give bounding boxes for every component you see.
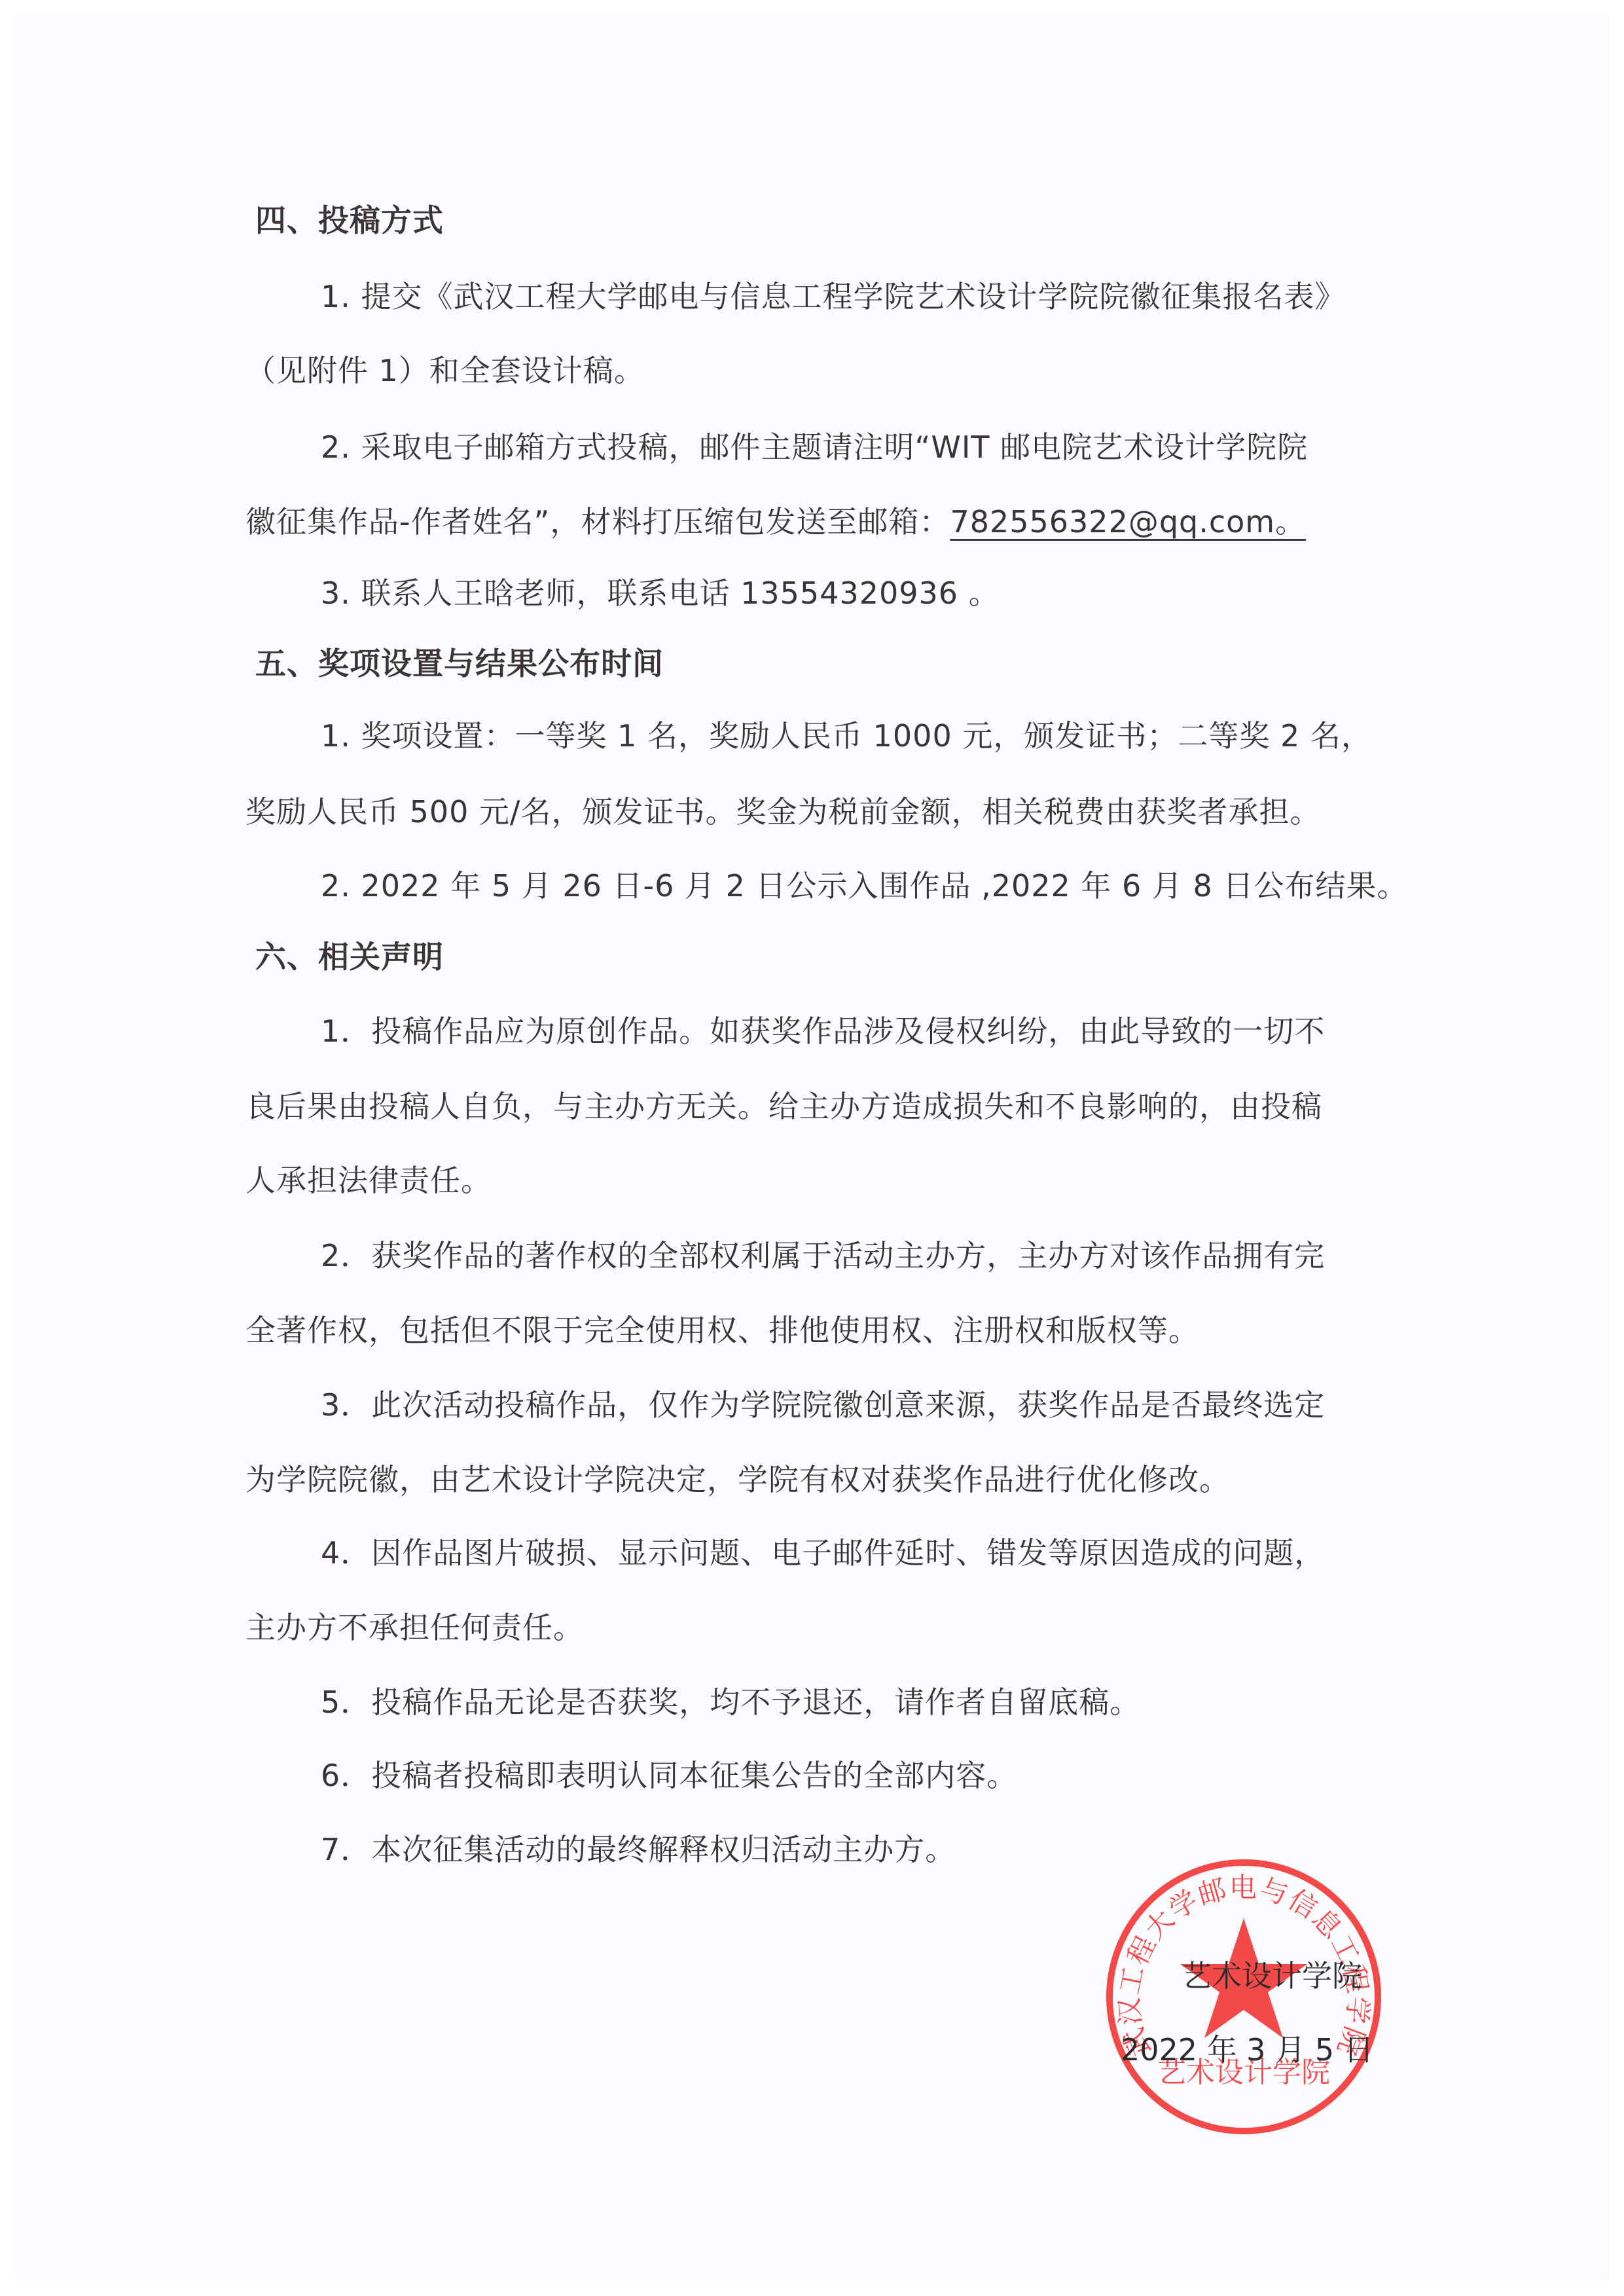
- signature-date: 2022 年 3 月 5 日: [1121, 2030, 1374, 2069]
- paragraph-line: 2．获奖作品的著作权的全部权利属于活动主办方，主办方对该作品拥有完: [321, 1236, 1460, 1275]
- paragraph-line: 人承担法律责任。: [245, 1161, 1384, 1200]
- paragraph-line: 1．投稿作品应为原创作品。如获奖作品涉及侵权纠纷，由此导致的一切不: [321, 1011, 1460, 1051]
- paragraph-line: 主办方不承担任何责任。: [245, 1608, 1384, 1647]
- official-seal-stamp: 武汉工程大学邮电与信息工程学院 艺术设计学院: [1103, 1856, 1384, 2138]
- paragraph-line: 2. 2022 年 5 月 26 日-6 月 2 日公示入围作品 ,2022 年…: [321, 866, 1460, 905]
- paragraph-line: 3．此次活动投稿作品，仅作为学院院徽创意来源，获奖作品是否最终选定: [321, 1385, 1460, 1425]
- email-link[interactable]: 782556322@qq.com。: [950, 504, 1306, 539]
- signature-organization: 艺术设计学院: [1182, 1956, 1362, 1995]
- paragraph-line: 3. 联系人王晗老师，联系电话 13554320936 。: [321, 574, 1460, 613]
- paragraph-line: 奖励人民币 500 元/名，颁发证书。奖金为税前金额，相关税费由获奖者承担。: [245, 792, 1384, 831]
- paragraph-line: 6．投稿者投稿即表明认同本征集公告的全部内容。: [321, 1756, 1460, 1795]
- paragraph-line: （见附件 1）和全套设计稿。: [245, 351, 1384, 390]
- section-heading-awards: 五、奖项设置与结果公布时间: [255, 645, 1394, 684]
- paragraph-line: 良后果由投稿人自负，与主办方无关。给主办方造成损失和不良影响的，由投稿: [245, 1087, 1384, 1126]
- paragraph-line: 2. 采取电子邮箱方式投稿，邮件主题请注明“WIT 邮电院艺术设计学院院: [321, 428, 1460, 467]
- paragraph-line: 为学院院徽，由艺术设计学院决定，学院有权对获奖作品进行优化修改。: [245, 1460, 1384, 1499]
- paragraph-line: 1. 奖项设置：一等奖 1 名，奖励人民币 1000 元，颁发证书；二等奖 2 …: [321, 716, 1460, 756]
- section-heading-submission: 四、投稿方式: [255, 202, 1394, 241]
- paragraph-line: 4．因作品图片破损、显示问题、电子邮件延时、错发等原因造成的问题，: [321, 1533, 1460, 1573]
- paragraph-line: 全著作权，包括但不限于完全使用权、排他使用权、注册权和版权等。: [245, 1311, 1384, 1350]
- section-heading-statement: 六、相关声明: [255, 938, 1394, 977]
- paragraph-text: 徽征集作品-作者姓名”，材料打压缩包发送至邮箱：: [245, 504, 950, 539]
- paragraph-line: 1. 提交《武汉工程大学邮电与信息工程学院艺术设计学院院徽征集报名表》: [321, 277, 1460, 316]
- paragraph-line: 5．投稿作品无论是否获奖，均不予退还，请作者自留底稿。: [321, 1683, 1460, 1722]
- paragraph-line: 徽征集作品-作者姓名”，材料打压缩包发送至邮箱：782556322@qq.com…: [245, 502, 1384, 541]
